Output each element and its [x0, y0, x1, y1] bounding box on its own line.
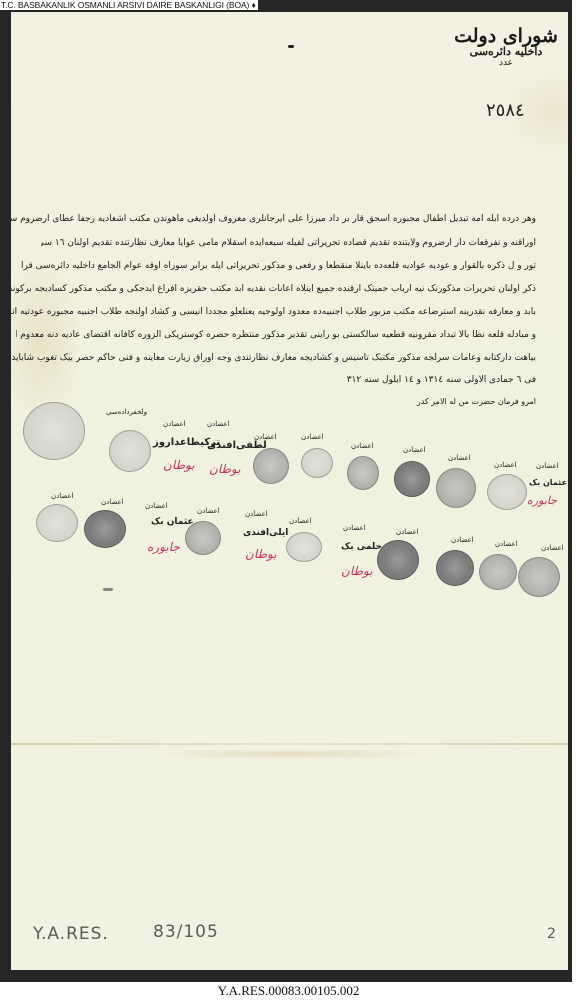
body-line: ذکر اولنان تحریرات مذکورنک نیه ارباب حمی…: [11, 284, 536, 297]
ink-mark: [103, 588, 113, 591]
seal: [436, 550, 474, 586]
seal-label: اعضادن: [301, 433, 324, 441]
signatory-name: عثمان بک: [151, 517, 194, 527]
seal: [377, 540, 419, 580]
body-line: امرو فرمان حضرت من له الامر کدر: [11, 397, 536, 410]
letterhead-line1: شورای دولت: [451, 26, 561, 46]
red-annotation: بوطان: [245, 547, 277, 561]
seal: [518, 557, 560, 597]
seal: [84, 510, 126, 548]
seal-label: اعضادن: [494, 461, 517, 469]
body-line: فی ٦ جمادی الاولی سنه ١٣١٤ و ١٤ ایلول سن…: [236, 375, 536, 388]
body-line: بیاهت دارکتابه وعامات سرلجه مذکور مکتبک …: [11, 353, 536, 366]
pencil-page-number: 2: [547, 926, 557, 942]
seal: [394, 461, 430, 497]
seal-label: اعضادن: [351, 442, 374, 450]
seal-label: اعضادن: [197, 507, 220, 515]
seal-label: اعضادن: [101, 498, 124, 506]
red-annotation: بوطان: [209, 462, 241, 476]
pencil-fond-code: Y.A.RES.: [33, 924, 109, 944]
body-line: تور و ل ذکره بالقوار و عودیه عوادیه قلعه…: [21, 261, 536, 274]
seal: [253, 448, 289, 484]
seal: [109, 430, 151, 472]
signatory-name: حلمی بک: [341, 542, 382, 552]
seal: [286, 532, 322, 562]
red-annotation: بوطان: [341, 564, 373, 578]
document-reference-caption: Y.A.RES.00083.00105.002: [0, 982, 577, 1000]
seal-label: اعضادن: [163, 420, 186, 428]
signatory-name: لطفی‌افندی: [207, 440, 267, 451]
pencil-call-number: 83/105: [153, 922, 219, 942]
seal: [436, 468, 476, 508]
fold-line: [11, 743, 568, 745]
seal-label: اعضادن: [145, 502, 168, 510]
seal: [301, 448, 333, 478]
seal-label: اعضادن: [403, 446, 426, 454]
body-line: و مبادله قلعه نظا بالا تبداد مقرونیه قطع…: [16, 330, 536, 343]
body-line: اوراقنه و نفرقعات دار ارضروم ولایتنده تق…: [41, 238, 536, 251]
ink-mark: [288, 45, 294, 48]
letterhead-line3: عدد: [451, 58, 561, 68]
signatory-name: عثمان بک: [529, 478, 567, 487]
body-line: وهر درده ایله امه تبدیل اطفال مجبوره اسح…: [11, 214, 536, 227]
seal-label: اعضادن: [207, 420, 230, 428]
seal-label: اعضادن: [396, 528, 419, 536]
red-annotation: بوطان: [163, 458, 195, 472]
seal: [347, 456, 379, 490]
seal: [185, 521, 221, 555]
seal: [36, 504, 78, 542]
seal-label: اعضادن: [245, 510, 268, 518]
seal-label: اعضادن: [254, 433, 277, 441]
archive-header: T.C. BASBAKANLIK OSMANLI ARSIVI DAIRE BA…: [0, 0, 258, 10]
letterhead-line2: داخلیه دائره‌سی: [451, 46, 561, 58]
seal-label: ولحفرداده‌سی: [106, 408, 147, 416]
document-number: ٢٥٨٤: [486, 100, 525, 121]
seal-label: اعضادن: [536, 462, 559, 470]
seal-label: اعضادن: [343, 524, 366, 532]
letterhead-stamp: شورای دولت داخلیه دائره‌سی عدد: [451, 26, 561, 68]
seal: [23, 402, 85, 460]
seal: [487, 474, 527, 510]
seal-label: اعضادن: [289, 517, 312, 525]
body-line: بابد و معارفه نقدرینه استرضاعه مکتب مزبو…: [11, 307, 536, 320]
seal: [479, 554, 517, 590]
signatory-name: ایلی‌افندی: [243, 528, 288, 538]
seal-label: اعضادن: [541, 544, 564, 552]
seal-label: اعضادن: [451, 536, 474, 544]
document-page: شورای دولت داخلیه دائره‌سی عدد ٢٥٨٤ وهر …: [11, 12, 568, 970]
seal-label: اعضادن: [51, 492, 74, 500]
seal-label: اعضادن: [448, 454, 471, 462]
red-annotation: جابوره: [527, 494, 557, 507]
red-annotation: جابوره: [147, 540, 180, 554]
seal-label: اعضادن: [495, 540, 518, 548]
